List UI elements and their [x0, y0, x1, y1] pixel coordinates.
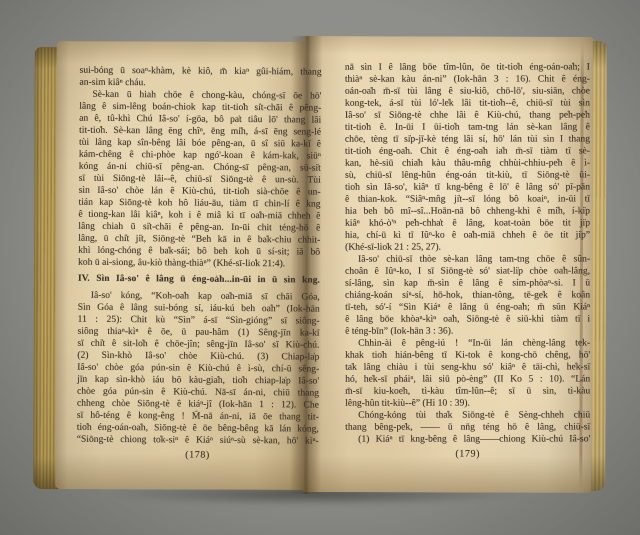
left-page-number: (178) [76, 449, 318, 463]
text-line: kong-tek, á-sī tùi ló'-le̍k lâi tit-tio̍… [345, 97, 590, 109]
text-line: chōe, tèng tī si̍p-jī-kè téng lâi sí, hō… [345, 133, 590, 145]
text-line: kiâⁿ khó-ò'ⁿ pe̍h-chha̍t ê lâng, koat-to… [345, 217, 590, 229]
text-line: ê thian-kok. “Siâⁿ-mn̂g ji̍t--sī lóng bô… [345, 193, 590, 205]
right-page-fore-edges [591, 41, 607, 491]
text-line: khak tio̍h hián-bêng tī Ki-tok ê kong-ch… [345, 349, 590, 361]
text-line: Iâ-so' sī Siōng-tè chhe lâi ê Kiù-chú, t… [345, 109, 590, 121]
section-heading: IV. Sìn Iâ-so' ê lâng ū éng-oa̍h...in-ūi… [78, 273, 320, 287]
text-line: tit-tio̍h ê. In-ūi I ūi-tio̍h tam-tng lá… [345, 121, 590, 133]
text-line: tio̍h sìn Iâ-so', kiâⁿ tī kng-bêng ê lō'… [345, 181, 590, 193]
text-line: hó, he̍k-sī pháiⁿ, lâi siū pò-èng” (II K… [345, 373, 590, 385]
text-line: ê lâng bōe khòaⁿ-kìⁿ oa̍h, Siōng-tè ê si… [345, 313, 590, 325]
text-line: m̄-sī kiu-koe̍h, tì-kàu tîm-lûn--ê; sī ū… [345, 385, 590, 397]
text-line: Chóng-kóng tùi tha̍k Siōng-tè ê Sèng-chh… [345, 409, 590, 421]
right-page-number: (179) [345, 448, 590, 460]
text-line: nā sìn I ê lâng bōe tîm-lûn, ōe tit-tio̍… [345, 61, 590, 73]
text-line: (1) Kiáⁿ tī kng-bêng ê lâng——chiong Kiù-… [345, 433, 590, 445]
text-line: kan, hè-siū chia̍h kàu thâu-mn̂g chhùi-c… [345, 157, 590, 169]
text-line: hia, chí-ū kì tī Iûⁿ-ko ê oa̍h-miā chheh… [345, 229, 590, 241]
text-line: ta̍k lâng chiàu i tùi seng-khu só' kiâⁿ … [345, 361, 590, 373]
text-line: sí-lâng, sìn kap m̄-sìn ê lâng ê sím-phò… [345, 277, 590, 289]
photo-background: sui-bóng ū soaⁿ-khàm, kè kiô, m̄ kiaⁿ gû… [0, 0, 640, 535]
left-page-lines: sui-bóng ū soaⁿ-khàm, kè kiô, m̄ kiaⁿ gû… [77, 65, 322, 448]
text-line: choân ê Iûⁿ-ko, I sī Siōng-tè só' siat-l… [345, 265, 590, 277]
text-line: koh ū ai-siong, âu-kiò thàng-thiàⁿ” (Khé… [78, 257, 320, 271]
open-book: sui-bóng ū soaⁿ-khàm, kè kiô, m̄ kiaⁿ gû… [33, 33, 609, 505]
right-page-lines: nā sìn I ê lâng bōe tîm-lûn, ōe tit-tio̍… [345, 61, 590, 445]
text-line: Iâ-so' chiū-sī thòe sè-kan lâng tam-tng … [345, 253, 590, 265]
text-line: (Khé-sī-lio̍k 21 : 25, 27). [345, 241, 590, 253]
text-line: tī-teh, só'-í “Sìn Kiáⁿ ê lâng ū éng-oa̍… [345, 301, 590, 313]
text-line: thang bêng-pe̍k, —— ū nn̄g téng hō ê lân… [345, 421, 590, 433]
text-line: chiáng-koán síⁿ-sí, hō-hok, thian-tông, … [345, 289, 590, 301]
text-line: “Siōng-tè chiong to̍k-siⁿ ê Kiáⁿ siúⁿ-sù… [77, 434, 319, 448]
left-page-text: sui-bóng ū soaⁿ-khàm, kè kiô, m̄ kiaⁿ gû… [76, 65, 321, 463]
text-line: thiàⁿ sè-kan kàu án-ni” (Iok-hān 3 : 16)… [345, 73, 590, 85]
text-line: oán-oa̍h m̄-sī tùi lâng ê siu-kiô, chō-l… [345, 85, 590, 97]
text-line: tit-tio̍h éng-oa̍h. Chit ê éng-oa̍h ia̍h… [345, 145, 590, 157]
text-line: hia beh bô mî--sî...Hoān-nā bô chheng-kh… [345, 205, 590, 217]
text-line: lêng-hûn tit-kiù--ê” (Hi 10 : 39). [345, 397, 590, 409]
text-line: Chhin-ài ê pêng-iú ! “In-ūi lán chèng-lâ… [345, 337, 590, 349]
right-page-text: nā sìn I ê lâng bōe tîm-lûn, ōe tit-tio̍… [345, 61, 590, 460]
text-line: sù, chiū-sī lêng-hûn éng-oán tit-kiù, tī… [345, 169, 590, 181]
text-line: ê téng-bīn” (Iok-hān 3 : 36). [345, 325, 590, 337]
